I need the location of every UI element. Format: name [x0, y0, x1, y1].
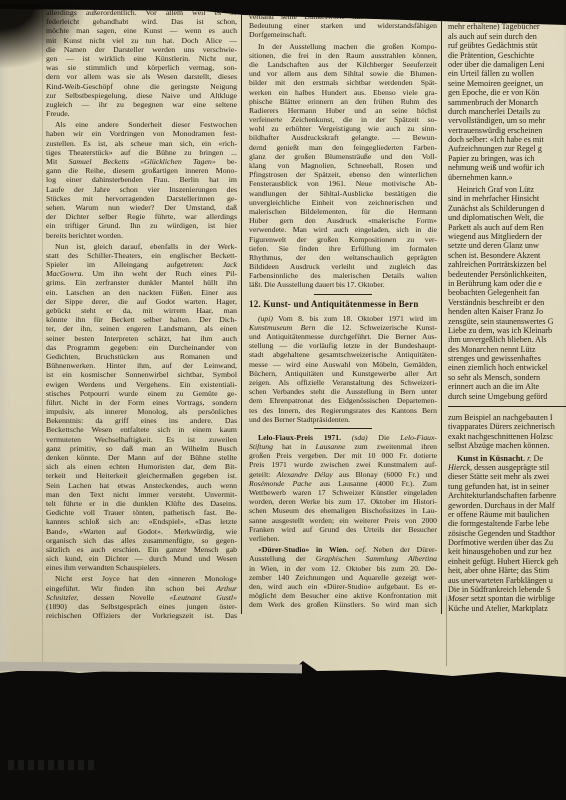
text-line: er offene Räume mit baulichen	[448, 510, 566, 519]
text-line: zustellen. Es ist, als scheue man sich, …	[46, 139, 237, 148]
text-line: großen Preis vergeben. Der mit 10 000 Fr…	[249, 451, 437, 460]
text-line: des Monarchen nennt Lütz	[448, 345, 566, 354]
text-line: terkeit und Heiterkeit gleichermaßen geg…	[46, 471, 237, 480]
text-line: Hierck, dessen ausgeprägte stil	[448, 463, 566, 472]
text-line: sich kund, ein Dichter — durch Mund und …	[46, 554, 237, 563]
text-line: zum Beispiel an nachgebauten I	[448, 413, 566, 422]
text-line: malerischen Bildelementen, für die Herma…	[249, 207, 437, 216]
text-line: Franken wird auf Grund des Urteils der B…	[249, 525, 437, 534]
text-line: phische Blätter erinnern an den frühen R…	[249, 97, 437, 106]
text-line: verband seine Dankesworte mit Hinweisen …	[249, 12, 437, 21]
text-line: selbst Abzüge machen können.	[448, 441, 566, 450]
text-line: dern vor allem was sie als Wesen darstel…	[46, 72, 237, 81]
text-line: geteilt: Alexandre Délay aus Blonay (600…	[249, 470, 437, 479]
text-line: strenges und gewissenhaftes	[448, 354, 566, 363]
text-line: Dorfgemeinschaft.	[249, 30, 437, 39]
text-line: und diplomatischen Welt, die	[448, 213, 566, 222]
text-line: Die in Südfrankreich lebende S	[448, 585, 566, 594]
text-line: gen Epoche, die er von Kön	[448, 88, 566, 97]
text-line: Gedichten, Bruchstücken aus Romanen und	[46, 352, 237, 361]
text-line: Kind-Weib-Geschöpf ohne die geringste Ne…	[46, 82, 237, 91]
text-line: schen Verbandes steht die Ausstellung in…	[249, 387, 437, 396]
text-line: stellung — die vorläufig letzte in der B…	[249, 341, 437, 350]
text-line: führt. Nicht in der Form eines Vortrags,…	[46, 398, 237, 407]
text-line: die Namen der Darsteller werden uns vers…	[46, 45, 237, 54]
text-line: erinnert auch an die im Alte	[448, 382, 566, 391]
text-line: dernd genießt man den feingegliederten F…	[249, 143, 437, 152]
text-line: ist ein kosmischer Sonnenwirbel sichtbar…	[46, 370, 237, 379]
text-line: ein. Latschen an den nackten Füßen. Eine…	[46, 288, 237, 297]
text-line: geworden. Durchaus in der Malf	[448, 501, 566, 510]
text-line: ganz primitiv, so daß man an Wilhelm Bus…	[46, 444, 237, 453]
text-line: zösische Gegenden und Stadthor	[448, 529, 566, 538]
text-line: wohl zu erhöhter Vergeistigung wie auch …	[249, 124, 437, 133]
text-line: das Programm gegeben: ein Durcheinander …	[46, 343, 237, 352]
text-line: In der Ausstellung machen die großen Kom…	[249, 42, 437, 51]
text-line: Küche und Atelier, Marktplatz	[448, 604, 566, 613]
text-line: henden alten Kaiser Franz Jo	[448, 307, 566, 316]
text-line: Stiftung hat in Lausanne zum zweitenmal …	[249, 442, 437, 451]
text-line: mehr erhaltene) Tagebücher	[448, 22, 566, 31]
paragraph: Nun ist, gleich darauf, ebenfalls in der…	[46, 242, 237, 573]
text-line: Parkett als auch auf dem Ren	[448, 223, 566, 232]
text-line: glanz der großen Blumensträuße und den V…	[249, 152, 437, 161]
text-line: bei deren Niederschrift er s	[448, 13, 566, 22]
text-line: Farbensinnliche des malerischen Details …	[249, 271, 437, 280]
text-line: impulsiv, als innerer Monolog, als persö…	[46, 407, 237, 416]
text-line: worden, deren Werke bis zum 17. Oktober …	[249, 497, 437, 506]
text-line: ein Urteil fällen zu wollen	[448, 69, 566, 78]
text-line: durch mancherlei Details zu	[448, 107, 566, 116]
text-line: bildhafter Ausdruckskraft gelangte. — Be…	[249, 133, 437, 142]
text-line: exakt nachgeschnittenen Holzsc	[448, 432, 566, 441]
paragraph: «Dürer-Studio» in Wien. oef. Neben der D…	[249, 545, 437, 609]
text-line: Figurenwelt der großen Kompositionen zu …	[249, 235, 437, 244]
paragraph: In der Ausstellung machen die großen Kom…	[249, 42, 437, 290]
text-line: zur Selbstbespiegelung, diese Naive und …	[46, 91, 237, 100]
text-line: vertrauenswürdig erscheinen	[448, 126, 566, 135]
column-divider-left	[241, 12, 242, 614]
text-line: Beckettsche Wesen entfaltete sich in ein…	[46, 425, 237, 434]
text-line: und vor allem aus dem Sihltal sowie die …	[249, 69, 437, 78]
paragraph: (upi) Vom 8. bis zum 18. Oktober 1971 wi…	[249, 314, 437, 424]
fold-crease	[446, 596, 447, 666]
text-line: zeigen. Als offizielle Veranstaltung des…	[249, 378, 437, 387]
text-line: Verständnis beschreibt er den	[448, 298, 566, 307]
film-perforation-marks	[8, 760, 98, 770]
text-line: tiges Theaterstück» auf die Bühne zu bri…	[46, 148, 237, 157]
paragraph: Lelo-Fiaux-Preis 1971. (sda) Die Lelo-Fi…	[249, 433, 437, 543]
text-line: Freude.	[46, 109, 237, 118]
text-line: Gedichte voll Trauer tönten, pathetisch …	[46, 508, 237, 517]
text-line: die formgestaltende Farbe lebe	[448, 519, 566, 528]
text-line: tiefen. Sie finden ihre Erfüllung im for…	[249, 244, 437, 253]
text-line: Zunächst als Schilderungen d	[448, 204, 566, 213]
text-line: Radierers Hermann Huber und an seine höc…	[249, 106, 437, 115]
text-line: keit hinausgehoben und zur bez	[448, 547, 566, 556]
text-line: bilder mit den erstmals sichtbar werdend…	[249, 78, 437, 87]
text-line: verfeinerte Zeichenkunst, die in der Spä…	[249, 115, 437, 124]
text-line: Mit Samuel Becketts «Glücklichen Tagen» …	[46, 157, 237, 166]
text-line: MacGowra. Um ihn weht der Ruch eines Pil…	[46, 269, 237, 278]
text-line: und des Berner Stadtpräsidenten.	[249, 415, 437, 424]
text-line: läßt. Die Ausstellung dauert bis 17. Okt…	[249, 280, 437, 289]
text-line: statt des Schiller-Theaters, ein englisc…	[46, 251, 237, 260]
paragraph: Heinrich Graf von Lützsind in mehrfacher…	[448, 185, 566, 401]
text-line: Kunstmuseum Bern die 12. Schweizerische …	[249, 323, 437, 332]
text-line: seine Memoiren geeignet, un	[448, 79, 566, 88]
text-line: möglicht dem Besucher eine aktive Konfro…	[249, 591, 437, 600]
text-line: Kunst in Küsnacht. r. De	[448, 454, 566, 463]
text-line: stadt abgehaltene gesamtschweizerische A…	[249, 350, 437, 359]
text-line: oder über die damaligen Leni	[448, 60, 566, 69]
text-line: Bühnenwerken. Hinter ihm, auf der Leinwa…	[46, 361, 237, 370]
text-line: sätzlich es auch erschien. Ein ganzer Me…	[46, 545, 237, 554]
text-line: messe — wird eine Auswahl von Möbeln, Ge…	[249, 360, 437, 369]
text-line: Heinrich Graf von Lütz	[448, 185, 566, 194]
paragraph: allerdings außerordentlich. Vor allem we…	[46, 8, 237, 118]
section-rule	[314, 428, 372, 429]
text-line: die Landschaften aus der Kilchberger See…	[249, 60, 437, 69]
text-line: heit, aber ohne Härte; das Stim	[448, 566, 566, 575]
text-line: telt führte er in die dunklen Klüfte des…	[46, 499, 237, 508]
article-headline: 12. Kunst- und Antiquitätenmesse in Bern	[249, 299, 437, 310]
text-line: federleicht gehandhabt wird. Das ist sch…	[46, 17, 237, 26]
text-line: durch seine Umgebung geförd	[448, 392, 566, 401]
clipping-left-edge	[42, 8, 43, 663]
text-line: vervollständigen, um so mehr	[448, 116, 566, 125]
text-line: Bildideen Ausdruck verleiht und zugleich…	[249, 262, 437, 271]
column-right: bei deren Niederschrift er smehr erhalte…	[448, 13, 566, 616]
text-line: zugleich — ihr zu begegnen war eine selt…	[46, 100, 237, 109]
newspaper-page: allerdings außerordentlich. Vor allem we…	[0, 0, 566, 800]
paragraph: Als eine andere Sonderheit dieser Festwo…	[46, 120, 237, 239]
text-line: Architekturlandschaften farbenre	[448, 491, 566, 500]
text-line: Schnitzler, dessen Novelle «Leutnant Gus…	[46, 593, 237, 602]
text-line: einheit gefügt. Hubert Hierck geh	[448, 557, 566, 566]
text-line: ihm unvergeßlich blieben. Als	[448, 335, 566, 344]
paragraph: zum Beispiel an nachgebauten Itivapparat…	[448, 413, 566, 451]
text-line: tivapparates Dürers zeichnerisch	[448, 422, 566, 431]
text-line: zahlreichen Porträtskizzen bel	[448, 260, 566, 269]
text-line: man den Text nicht immer versteht. Unver…	[46, 490, 237, 499]
text-line: Nicht erst Joyce hat den «inneren Monolo…	[46, 574, 237, 583]
text-line: Bedeutung einer starken und widerstandsf…	[249, 21, 437, 30]
text-line: schen Museum des ehemaligen Bischofssitz…	[249, 506, 437, 515]
text-line: bereits berichtet worden.	[46, 231, 237, 240]
text-line: der Sippe derer, die auf Godot warten. H…	[46, 297, 237, 306]
text-line: setzte und deren Glanz unw	[448, 241, 566, 250]
text-line: Rosémonde Pache aus Lausanne (4000 Fr.).…	[249, 479, 437, 488]
text-line: wiegend aus Mitgliedern der	[448, 232, 566, 241]
text-line: was sie stimmlich und körperlich vermag,…	[46, 63, 237, 72]
scan-background: allerdings außerordentlich. Vor allem we…	[0, 0, 566, 800]
text-line: stisches Potpourri wurde einem zu Gemüte…	[46, 389, 237, 398]
text-line: Spieler im Alleingang aufgetreten: Jack	[46, 260, 237, 269]
text-line: «Dürer-Studio» in Wien. oef. Neben der D…	[249, 545, 437, 554]
text-line: in Wien, in der vom 12. Oktober bis zum …	[249, 564, 437, 573]
text-line: werken ein halbes Hundert aus. Ebenso vi…	[249, 88, 437, 97]
text-line: bedeutender Persönlichkeiten,	[448, 270, 566, 279]
text-line: Büchern, Antiquitäten und Kunstgewerbe a…	[249, 369, 437, 378]
text-line: Stückes mit hervorragenden Darstellerinn…	[46, 194, 237, 203]
text-line: sich als einen echten Humoristen dar, de…	[46, 462, 237, 471]
text-line: Als eine andere Sonderheit dieser Festwo…	[46, 120, 237, 129]
text-line: dem Werk des großen Künstlers. So wird m…	[249, 600, 437, 609]
text-line: Pfingstrosen der Spätzeit, ebenso den wi…	[249, 170, 437, 179]
text-line: Aufzeichnungen zur Regel g	[448, 144, 566, 153]
column-left: allerdings außerordentlich. Vor allem we…	[46, 8, 237, 622]
text-line: eines ihm verwandten Schauspielers.	[46, 563, 237, 572]
text-line: Laufe der Jahre schon vier Inszenierunge…	[46, 185, 237, 194]
text-line: klang von Magnolien, Schneeball, Rosen u…	[249, 161, 437, 170]
text-line: reichischen Offiziers der Vorkriegszeit …	[46, 611, 237, 620]
text-line: zember 140 Zeichnungen und Aquarelle gez…	[249, 573, 437, 582]
text-line: Rhythmus, der den weltanschaulich gepräg…	[249, 253, 437, 262]
text-line: Liebe zu dem, was ich Kleinarb	[448, 326, 566, 335]
text-line: eingeführt. Wir finden ihn schon bei Art…	[46, 584, 237, 593]
text-line: sitionen, die frei in den Raum ausstrahl…	[249, 51, 437, 60]
text-line: (1890) das Selbstgespräch eines jungen ö…	[46, 602, 237, 611]
text-line: organisch sich das alles zusammenfügte, …	[46, 536, 237, 545]
text-line: Huber gern den Ausdruck «malerische Form…	[249, 216, 437, 225]
text-line: allerdings außerordentlich. Vor allem we…	[46, 8, 237, 17]
text-line: der Dichter selber Regie führte, war all…	[46, 212, 237, 221]
section-rule	[314, 294, 372, 295]
text-line: tes des Innern, des Regierungsrates des …	[249, 406, 437, 415]
text-line: schen ist. Besondere Akzent	[448, 251, 566, 260]
text-line: verwendete. Man wird auch eingeladen, si…	[249, 225, 437, 234]
text-line: gen — ist wirklich eine Künstlerin. Nich…	[46, 54, 237, 63]
text-line: Sein Lachen hat etwas Ansteckendes, auch…	[46, 481, 237, 490]
text-line: sehen. Warum nun wieder? Der Umstand, da…	[46, 203, 237, 212]
text-line: den, wird auch ein «Dürer-Studio» aufgeb…	[249, 582, 437, 591]
text-line: und Antiquitätenmesse durchgeführt. Die …	[249, 332, 437, 341]
paragraph: bei deren Niederschrift er smehr erhalte…	[448, 13, 566, 182]
text-line: tung gefunden hat, ist in seiner	[448, 482, 566, 491]
text-line: übernehmen kann.»	[448, 173, 566, 182]
text-line: ter, der ihn, seinen engeren Landsmann, …	[46, 324, 237, 333]
paragraph: Kunst in Küsnacht. r. DeHierck, dessen a…	[448, 454, 566, 614]
text-line: Moser setzt spontan die wirblige	[448, 594, 566, 603]
scanner-edge-shading	[0, 8, 10, 668]
text-line: könnte ihn für Beckett selber halten. De…	[46, 315, 237, 324]
text-line: die Prätention, Geschichte	[448, 51, 566, 60]
text-line: seiner besten Interpreten schätzt, hat i…	[46, 334, 237, 343]
paragraph: verband seine Dankesworte mit Hinweisen …	[249, 12, 437, 40]
column-divider-right	[441, 12, 442, 614]
text-line: Nun ist, gleich darauf, ebenfalls in der…	[46, 242, 237, 251]
text-line: Preis 1971 wurde zwischen zwei Kunstmale…	[249, 460, 437, 469]
text-line: Lelo-Fiaux-Preis 1971. (sda) Die Lelo-Fi…	[249, 433, 437, 442]
text-line: ruf geübtes Gedächtnis stüt	[448, 41, 566, 50]
text-line: haben wir ein Vordringen von Monodramen …	[46, 129, 237, 138]
text-line: so sehr als Mensch, sondern	[448, 373, 566, 382]
text-line: aus unerwarteten Farbklängen u	[448, 576, 566, 585]
text-line: möchte man sagen, eine Kunst — wenn es a…	[46, 26, 237, 35]
torn-edge	[0, 662, 302, 674]
section-rule	[448, 406, 566, 407]
text-line: gann die Reihe, diesem großartigen inner…	[46, 166, 237, 175]
text-line: unvergleichliche Einheit von zeichnerisc…	[249, 198, 437, 207]
text-line: ein triftiger Grund. Ihn zu würdigen, is…	[46, 221, 237, 230]
text-line: wandlungen der Sihltal-Ausblicke bestäti…	[249, 189, 437, 198]
text-line: Papier zu bringen, was ich	[448, 154, 566, 163]
text-line: sanne ausgestellt werden; ein weiterer P…	[249, 516, 437, 525]
paragraph: Nicht erst Joyce hat den «inneren Monolo…	[46, 574, 237, 620]
text-line: zensgüte, sein staunenswertes G	[448, 317, 566, 326]
text-line: (upi) Vom 8. bis zum 18. Oktober 1971 wi…	[249, 314, 437, 323]
text-line: Ausstellung der Graphischen Sammlung Alb…	[249, 554, 437, 563]
text-line: gebückt steht er da, mit wirrem Haar, ma…	[46, 306, 237, 315]
text-line: in Berührung kam oder die e	[448, 279, 566, 288]
text-line: sind in mehrfacher Hinsicht	[448, 194, 566, 203]
text-line: Fensterausblick von 1961. Neue motivisch…	[249, 179, 437, 188]
text-line: verliehen.	[249, 534, 437, 543]
text-line: sammenbruch der Monarch	[448, 98, 566, 107]
text-line: dem Ehrenpatronat des Eidgenössischen De…	[249, 396, 437, 405]
text-line: nehmung weiß und wofür ich	[448, 163, 566, 172]
text-line: doch selber: «Ich habe es mit	[448, 135, 566, 144]
text-line: einen ziemlich hoch entwickel	[448, 363, 566, 372]
text-line: Wettbewerb waren 17 Schweizer Künstler e…	[249, 488, 437, 497]
text-line: denken könnte. Der Mann auf der Bühne st…	[46, 453, 237, 462]
text-line: kanntes schloß sich an: «Endspiel», «Das…	[46, 517, 237, 526]
column-center: verband seine Dankesworte mit Hinweisen …	[249, 12, 437, 611]
text-line: grims. Ein zerfranster dunkler Mantel hü…	[46, 278, 237, 287]
text-line: Bekenntnis: da griff eines ins andere. D…	[46, 416, 237, 425]
text-line: Dorfmotive werden über das Zu	[448, 538, 566, 547]
text-line: als auch auf sein durch den	[448, 32, 566, 41]
text-line: Band», «Warten auf Godot». Merkwürdig, w…	[46, 527, 237, 536]
text-line: log einer dahinsterbenden Frau. Berlin h…	[46, 175, 237, 184]
text-line: beobachten Gelegenheit fan	[448, 288, 566, 297]
text-line: ewigen Werdens und Vergehens. Ein existe…	[46, 380, 237, 389]
text-line: dieser Stätte seit mehr als zwei	[448, 472, 566, 481]
text-line: vermuteten Wechselhaftigkeit. Es ist zuw…	[46, 435, 237, 444]
text-line: mit Kunst nicht viel zu tun hat. Doch Al…	[46, 36, 237, 45]
